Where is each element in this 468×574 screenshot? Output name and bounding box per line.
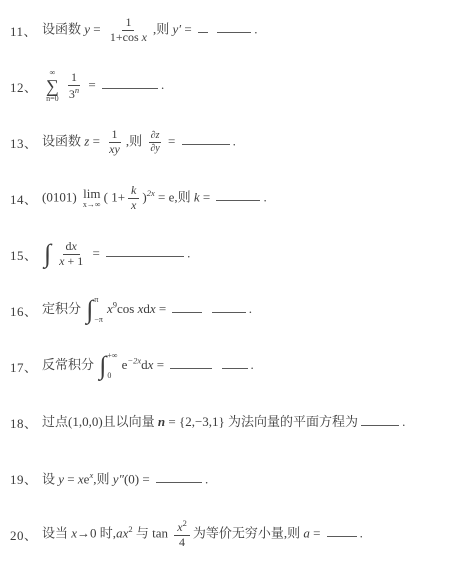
question-body: ∞∑n=013n = . <box>42 69 164 103</box>
fraction: ∂z∂y <box>148 130 161 154</box>
question-row-16: 16、定积分 ∫π−πx9cos xdx = . <box>6 282 462 338</box>
answer-blank <box>156 471 202 483</box>
math-text: + 1 <box>64 254 83 268</box>
question-number: 16、 <box>10 301 42 320</box>
fraction-denominator: 4 <box>176 536 188 550</box>
answer-blank <box>222 357 248 369</box>
math-text: 设 <box>42 471 58 486</box>
document-page: 11、设函数 y = 11+cos x,则 y′ = .12、∞∑n=013n … <box>0 0 468 562</box>
math-text: . <box>233 133 236 148</box>
math-text: . <box>251 357 254 372</box>
sigma-sign: ∑ <box>46 77 59 95</box>
math-text: . <box>205 471 208 486</box>
math-text: = <box>85 77 99 92</box>
math-variable: xy <box>109 142 120 156</box>
math-text: 设当 <box>42 525 71 540</box>
question-number: 14、 <box>10 189 42 208</box>
answer-blank <box>198 21 208 33</box>
math-text: = <box>89 133 103 148</box>
fraction-denominator: x <box>128 199 139 213</box>
math-text: . <box>161 77 164 92</box>
math-text: ,则 <box>93 471 113 486</box>
math-text: 反常积分 <box>42 357 97 372</box>
math-text: = <box>90 21 104 36</box>
math-text: 1 <box>112 127 118 141</box>
superscript: −2x <box>127 356 141 366</box>
math-text: . <box>254 21 257 36</box>
limit-text: lim <box>83 187 100 201</box>
integral-upper-limit: +∞ <box>107 352 117 360</box>
math-text: 设函数 <box>42 21 84 36</box>
question-number: 12、 <box>10 77 42 96</box>
question-row-17: 17、反常积分 ∫+∞0e−2xdx = . <box>6 338 462 394</box>
answer-blank <box>212 301 246 313</box>
answer-blank <box>216 189 260 201</box>
fraction-numerator: x2 <box>174 519 190 536</box>
math-text: . <box>187 245 190 260</box>
fraction-denominator: x + 1 <box>56 255 86 269</box>
math-variable: z <box>156 130 160 141</box>
fraction-denominator: ∂y <box>148 143 161 155</box>
integral: ∫π−π <box>86 296 105 324</box>
math-variable: x <box>131 198 136 212</box>
math-text: 过点(1,0,0)且以向量 <box>42 414 158 429</box>
question-row-18: 18、过点(1,0,0)且以向量 n = {2,−3,1} 为法向量的平面方程为… <box>6 394 462 450</box>
math-variable: x <box>142 30 147 44</box>
question-number: 11、 <box>10 21 42 40</box>
answer-blank <box>106 245 184 257</box>
integral-sign: ∫ <box>86 298 93 321</box>
math-text: . <box>249 301 252 316</box>
math-text: . <box>402 414 405 429</box>
math-variable: y <box>155 143 159 154</box>
math-text: = <box>89 245 103 260</box>
integral-limits: +∞0 <box>107 352 117 380</box>
math-variable: k <box>131 183 136 197</box>
math-text: = <box>165 133 179 148</box>
math-text <box>215 357 218 372</box>
math-text: = {2,−3,1} 为法向量的平面方程为 <box>165 414 358 429</box>
answer-blank <box>327 525 357 537</box>
fraction-numerator: 1 <box>122 16 134 31</box>
math-text: ,则 <box>126 133 146 148</box>
integral-limits: π−π <box>94 296 103 324</box>
math-text: 定积分 <box>42 301 84 316</box>
fraction-numerator: 1 <box>109 128 121 143</box>
integral-sign: ∫ <box>44 242 51 265</box>
question-row-15: 15、∫dxx + 1 = . <box>6 226 462 282</box>
answer-blank <box>361 414 399 426</box>
math-text: →0 时, <box>77 525 116 540</box>
answer-blank <box>172 301 202 313</box>
fraction: 13n <box>66 71 82 102</box>
math-text: 为等价无穷小量,则 <box>193 525 304 540</box>
fraction-numerator: dx <box>63 240 80 255</box>
question-row-20: 20、设当 x→0 时,ax2 与 tan x24为等价无穷小量,则 a = . <box>6 506 462 562</box>
math-variable: y″ <box>113 471 124 486</box>
math-text: = <box>153 357 167 372</box>
integral: ∫ <box>44 242 51 265</box>
fraction-denominator: xy <box>106 143 123 157</box>
math-text: ,则 <box>153 21 173 36</box>
fraction: 11+cos x <box>107 16 150 45</box>
superscript: 2 <box>183 518 187 528</box>
question-number: 20、 <box>10 525 42 544</box>
question-body: (0101) limx→∞( 1+kx)2x = e,则 k = . <box>42 184 267 213</box>
math-text: . <box>360 525 363 540</box>
math-text: = <box>310 525 324 540</box>
math-text: = <box>156 301 170 316</box>
math-text: = <box>181 21 195 36</box>
summation: ∞∑n=0 <box>46 69 59 103</box>
question-body: 设当 x→0 时,ax2 与 tan x24为等价无穷小量,则 a = . <box>42 519 363 550</box>
question-body: 反常积分 ∫+∞0e−2xdx = . <box>42 352 254 380</box>
fraction-denominator: 3n <box>66 86 82 102</box>
fraction-denominator: 1+cos x <box>107 31 150 45</box>
question-number: 17、 <box>10 357 42 376</box>
question-row-11: 11、设函数 y = 11+cos x,则 y′ = . <box>6 2 462 58</box>
math-text: (0101) <box>42 189 80 204</box>
question-body: 过点(1,0,0)且以向量 n = {2,−3,1} 为法向量的平面方程为. <box>42 414 405 430</box>
question-number: 19、 <box>10 469 42 488</box>
math-text: 与 tan <box>133 525 172 540</box>
fraction: x24 <box>174 519 190 550</box>
integral-lower-limit: −π <box>94 316 103 324</box>
math-text <box>205 301 208 316</box>
math-text: 1+cos <box>110 30 142 44</box>
math-text: = <box>64 471 78 486</box>
integral-sign: ∫ <box>99 354 106 377</box>
question-body: 设 y = xex,则 y″(0) = . <box>42 470 208 487</box>
question-number: 18、 <box>10 413 42 432</box>
math-variable: x <box>72 239 77 253</box>
math-text: (0) = <box>124 471 153 486</box>
answer-blank <box>170 357 212 369</box>
answer-blank <box>102 77 158 89</box>
math-text: 1 <box>71 70 77 84</box>
integral-upper-limit: π <box>94 296 98 304</box>
question-row-19: 19、设 y = xex,则 y″(0) = . <box>6 450 462 506</box>
math-variable: y′ <box>173 21 182 36</box>
superscript: 2x <box>147 188 155 198</box>
limit: limx→∞ <box>83 187 101 209</box>
integral: ∫+∞0 <box>99 352 119 380</box>
fraction: kx <box>128 184 139 213</box>
fraction: 1xy <box>106 128 123 157</box>
math-text: = e,则 <box>155 189 194 204</box>
question-row-13: 13、设函数 z = 1xy,则 ∂z∂y = . <box>6 114 462 170</box>
math-text: 1 <box>125 15 131 29</box>
question-number: 13、 <box>10 133 42 152</box>
question-body: ∫dxx + 1 = . <box>42 240 190 269</box>
question-number: 15、 <box>10 245 42 264</box>
question-row-12: 12、∞∑n=013n = . <box>6 58 462 114</box>
superscript: n <box>75 85 79 95</box>
math-text: cos <box>117 301 138 316</box>
math-text: 4 <box>179 535 185 549</box>
answer-blank <box>217 21 251 33</box>
questions: 11、设函数 y = 11+cos x,则 y′ = .12、∞∑n=013n … <box>6 2 462 562</box>
fraction-numerator: 1 <box>68 71 80 86</box>
fraction-numerator: ∂z <box>149 130 162 143</box>
math-text: 设函数 <box>42 133 84 148</box>
fraction-numerator: k <box>128 184 139 199</box>
summation-lower-limit: n=0 <box>46 95 59 103</box>
math-text: = <box>200 189 214 204</box>
limit-subscript: x→∞ <box>83 201 101 209</box>
answer-blank <box>182 133 230 145</box>
question-body: 设函数 y = 11+cos x,则 y′ = . <box>42 16 257 45</box>
question-row-14: 14、(0101) limx→∞( 1+kx)2x = e,则 k = . <box>6 170 462 226</box>
question-body: 设函数 z = 1xy,则 ∂z∂y = . <box>42 128 236 157</box>
math-variable: ax <box>116 525 128 540</box>
fraction: dxx + 1 <box>56 240 86 269</box>
math-text: . <box>263 189 266 204</box>
integral-lower-limit: 0 <box>107 372 111 380</box>
math-text: ( 1+ <box>104 189 125 204</box>
math-text <box>211 21 214 36</box>
question-body: 定积分 ∫π−πx9cos xdx = . <box>42 296 252 324</box>
